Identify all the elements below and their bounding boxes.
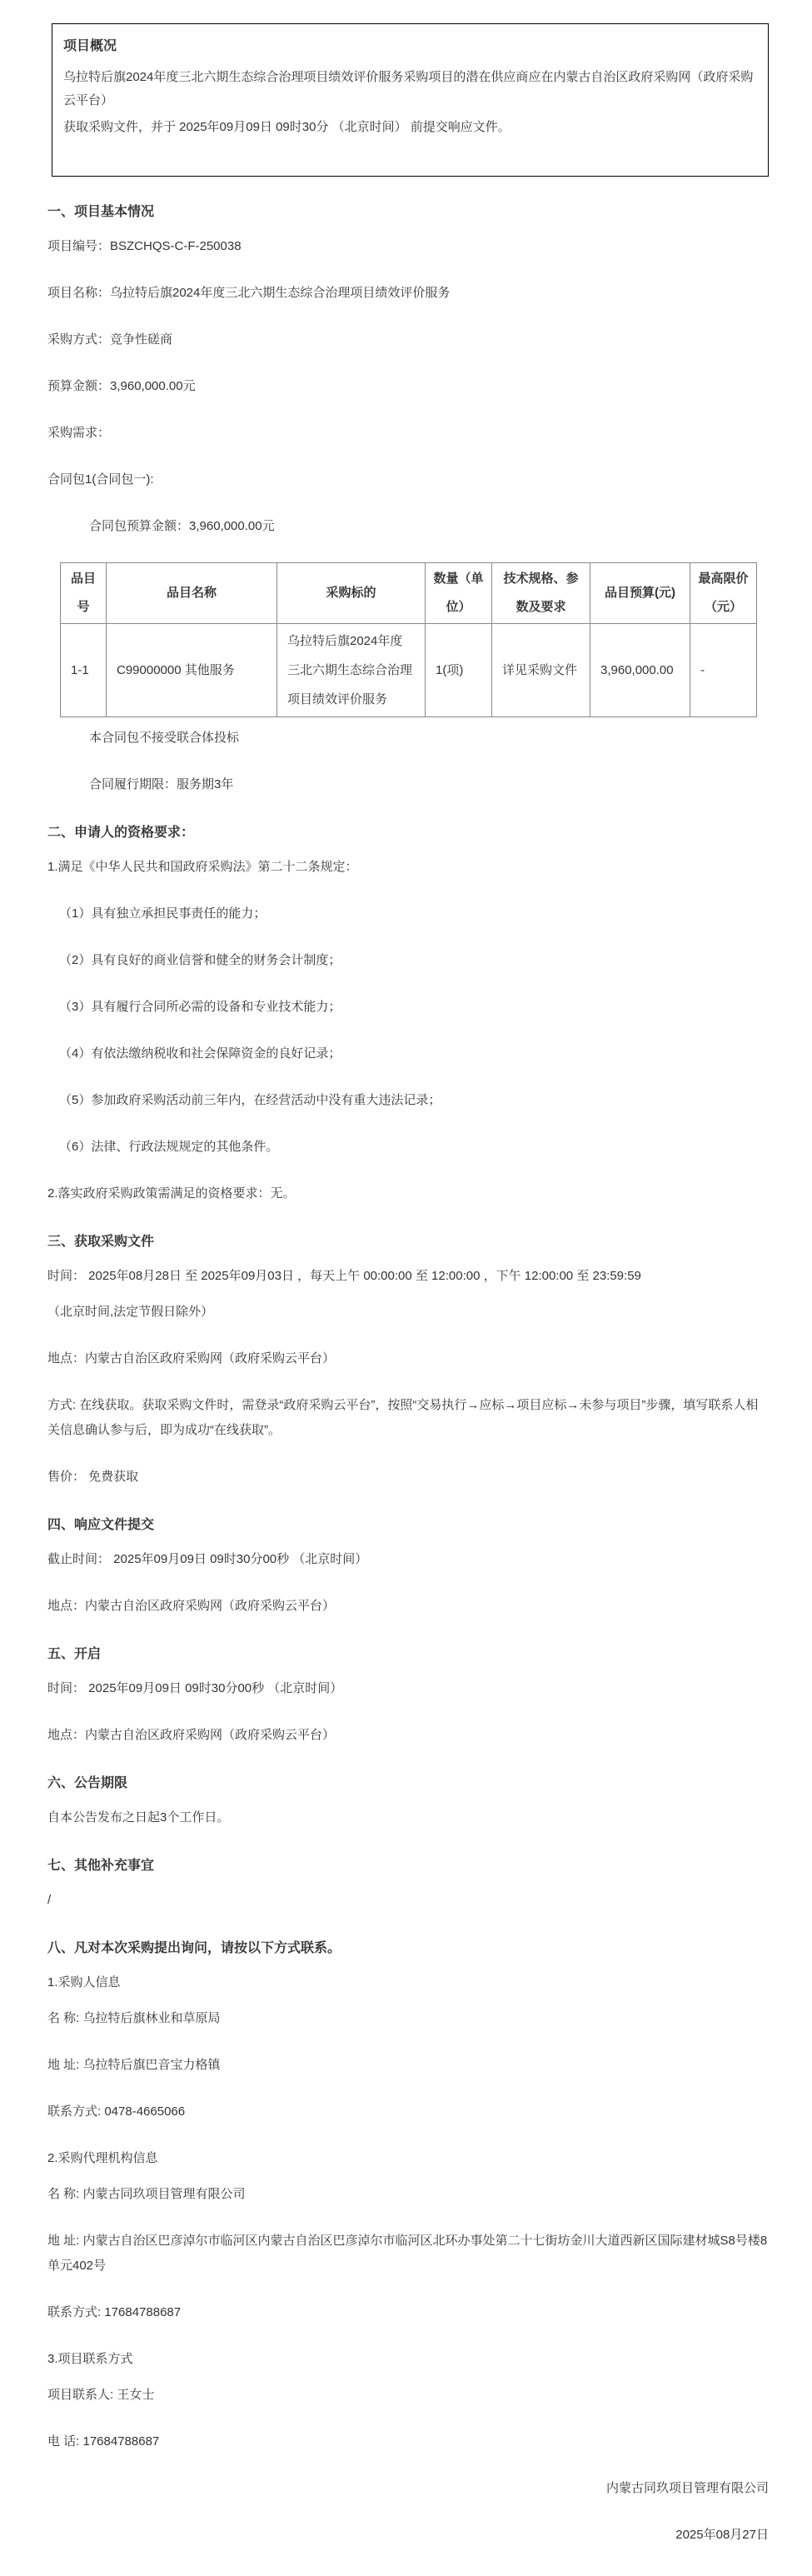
footer-date: 2025年08月27日 <box>47 2523 769 2548</box>
qualification-item-5: （5）参加政府采购活动前三年内，在经营活动中没有重大违法记录； <box>59 1088 769 1113</box>
qualification-item-1: （1）具有独立承担民事责任的能力； <box>59 901 769 926</box>
buyer-contact: 联系方式: 0478-4665066 <box>47 2099 769 2124</box>
agent-info-title: 2.采购代理机构信息 <box>47 2146 769 2171</box>
section-2-heading: 二、申请人的资格要求： <box>47 822 769 844</box>
opening-time: 时间： 2025年09月09日 09时30分00秒 （北京时间） <box>47 1676 769 1701</box>
table-cell-max-price: - <box>690 624 757 717</box>
buyer-name: 名 称: 乌拉特后旗林业和草原局 <box>47 2006 769 2031</box>
submission-place: 地点：内蒙古自治区政府采购网（政府采购云平台） <box>47 1594 769 1619</box>
qualification-intro: 1.满足《中华人民共和国政府采购法》第二十二条规定： <box>47 855 769 880</box>
procurement-method: 采购方式：竞争性磋商 <box>47 327 769 352</box>
agent-name: 名 称: 内蒙古同玖项目管理有限公司 <box>47 2182 769 2207</box>
agent-address: 地 址: 内蒙古自治区巴彦淖尔市临河区内蒙古自治区巴彦淖尔市临河区北环办事处第二… <box>47 2229 769 2279</box>
table-cell-specs: 详见采购文件 <box>492 624 590 717</box>
agent-contact: 联系方式: 17684788687 <box>47 2300 769 2325</box>
project-number: 项目编号：BSZCHQS-C-F-250038 <box>47 234 769 259</box>
doc-price: 售价： 免费获取 <box>47 1465 769 1490</box>
no-consortium-note: 本合同包不接受联合体投标 <box>89 726 769 751</box>
budget-amount: 预算金额：3,960,000.00元 <box>47 374 769 399</box>
table-cell-subject: 乌拉特后旗2024年度三北六期生态综合治理项目绩效评价服务 <box>277 624 426 717</box>
table-cell-item-no: 1-1 <box>61 624 107 717</box>
items-table: 品目号 品目名称 采购标的 数量（单位） 技术规格、参数及要求 品目预算(元) … <box>60 562 757 717</box>
contract-package-label: 合同包1(合同包一): <box>47 467 769 492</box>
project-contact-title: 3.项目联系方式 <box>47 2347 769 2372</box>
section-7-heading: 七、其他补充事宜 <box>47 1855 769 1877</box>
contract-duration: 合同履行期限：服务期3年 <box>89 772 769 797</box>
table-cell-quantity: 1(项) <box>426 624 492 717</box>
section-4-heading: 四、响应文件提交 <box>47 1515 769 1536</box>
table-header-item-no: 品目号 <box>61 563 107 624</box>
project-contact-person: 项目联系人: 王女士 <box>47 2383 769 2408</box>
buyer-info-title: 1.采购人信息 <box>47 1970 769 1995</box>
table-header-item-budget: 品目预算(元) <box>590 563 690 624</box>
table-header-specs: 技术规格、参数及要求 <box>492 563 590 624</box>
section-3-heading: 三、获取采购文件 <box>47 1231 769 1253</box>
table-cell-item-budget: 3,960,000.00 <box>590 624 690 717</box>
project-contact-phone: 电 话: 17684788687 <box>47 2429 769 2454</box>
buyer-address: 地 址: 乌拉特后旗巴音宝力格镇 <box>47 2053 769 2078</box>
qualification-item-4: （4）有依法缴纳税收和社会保障资金的良好记录； <box>59 1041 769 1066</box>
section-1-heading: 一、项目基本情况 <box>47 202 769 223</box>
doc-obtain-method: 方式: 在线获取。获取采购文件时，需登录“政府采购云平台”，按照“交易执行→应标… <box>47 1393 769 1443</box>
qualification-item-3: （3）具有履行合同所必需的设备和专业技术能力； <box>59 995 769 1020</box>
project-overview-box: 项目概况 乌拉特后旗2024年度三北六期生态综合治理项目绩效评价服务采购项目的潜… <box>52 23 769 177</box>
announcement-page: 项目概况 乌拉特后旗2024年度三北六期生态综合治理项目绩效评价服务采购项目的潜… <box>0 0 812 2576</box>
project-name: 项目名称：乌拉特后旗2024年度三北六期生态综合治理项目绩效评价服务 <box>47 281 769 306</box>
table-header-max-price: 最高限价（元） <box>690 563 757 624</box>
table-row: 1-1 C99000000 其他服务 乌拉特后旗2024年度三北六期生态综合治理… <box>61 624 757 717</box>
doc-obtain-time-note: （北京时间,法定节假日除外） <box>47 1300 769 1325</box>
procurement-demand-label: 采购需求： <box>47 421 769 446</box>
announcement-period: 自本公告发布之日起3个工作日。 <box>47 1805 769 1830</box>
opening-place: 地点：内蒙古自治区政府采购网（政府采购云平台） <box>47 1723 769 1748</box>
section-6-heading: 六、公告期限 <box>47 1773 769 1795</box>
table-header-subject: 采购标的 <box>277 563 426 624</box>
qualification-item-2: （2）具有良好的商业信誉和健全的财务会计制度； <box>59 948 769 973</box>
doc-obtain-place: 地点：内蒙古自治区政府采购网（政府采购云平台） <box>47 1346 769 1371</box>
table-header-row: 品目号 品目名称 采购标的 数量（单位） 技术规格、参数及要求 品目预算(元) … <box>61 563 757 624</box>
doc-obtain-time: 时间： 2025年08月28日 至 2025年09月03日 ，每天上午 00:0… <box>47 1264 769 1289</box>
qualification-item-6: （6）法律、行政法规规定的其他条件。 <box>59 1135 769 1160</box>
footer-company: 内蒙古同玖项目管理有限公司 <box>47 2476 769 2501</box>
section-5-heading: 五、开启 <box>47 1644 769 1665</box>
other-matters: / <box>47 1888 769 1913</box>
overview-title: 项目概况 <box>63 36 757 57</box>
overview-paragraph-1: 乌拉特后旗2024年度三北六期生态综合治理项目绩效评价服务采购项目的潜在供应商应… <box>63 66 757 112</box>
table-header-quantity: 数量（单位） <box>426 563 492 624</box>
table-header-item-name: 品目名称 <box>107 563 277 624</box>
contract-package-budget: 合同包预算金额：3,960,000.00元 <box>89 514 769 539</box>
table-cell-item-name: C99000000 其他服务 <box>107 624 277 717</box>
policy-requirement: 2.落实政府采购政策需满足的资格要求：无。 <box>47 1181 769 1206</box>
section-8-heading: 八、凡对本次采购提出询问，请按以下方式联系。 <box>47 1938 769 1959</box>
overview-paragraph-2: 获取采购文件，并于 2025年09月09日 09时30分 （北京时间） 前提交响… <box>63 116 757 139</box>
submission-deadline: 截止时间： 2025年09月09日 09时30分00秒 （北京时间） <box>47 1547 769 1572</box>
